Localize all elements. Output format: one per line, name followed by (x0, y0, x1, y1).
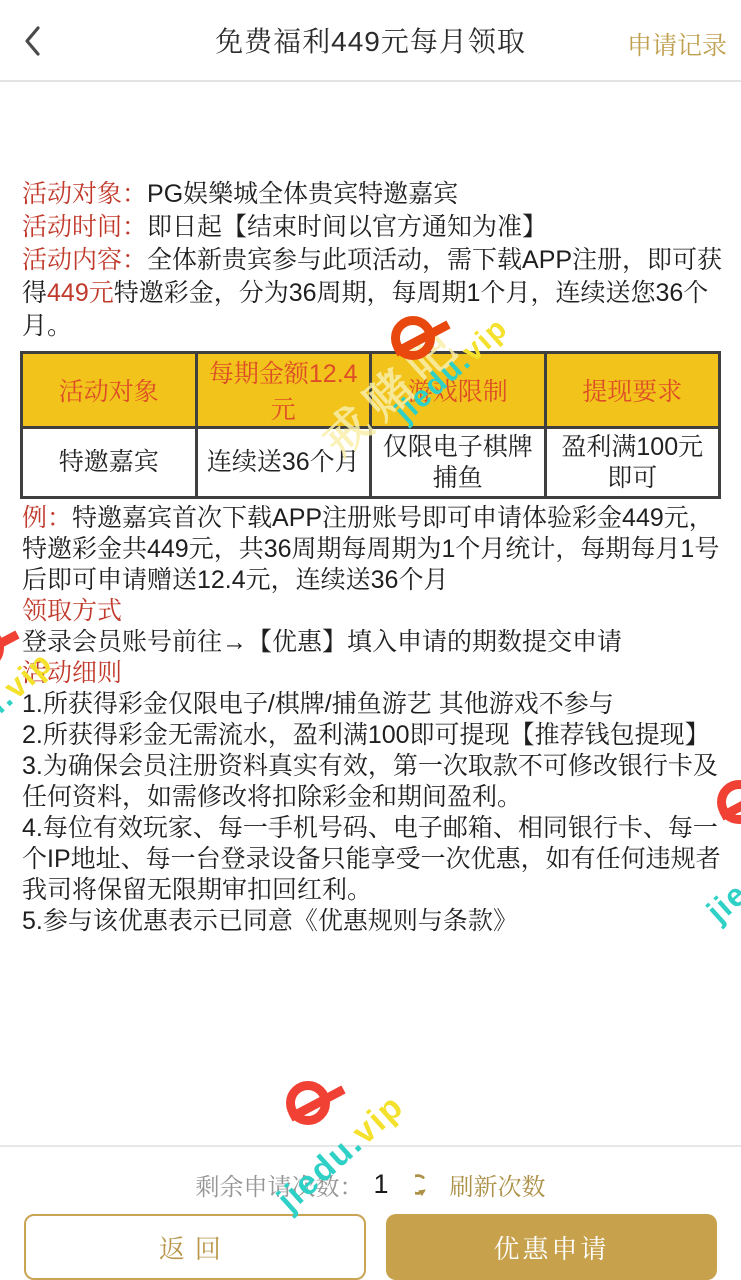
rule-item-2: 2.所获得彩金无需流水，盈利满100即可提现【推荐钱包提现】 (22, 720, 723, 751)
table-header-game-limit: 游戏限制 (371, 353, 546, 428)
activity-time-label: 活动时间： (22, 213, 147, 241)
table-cell-target: 特邀嘉宾 (22, 428, 197, 498)
table-cell-amount: 连续送36个月 (196, 428, 371, 498)
table-header-target: 活动对象 (22, 353, 197, 428)
promo-table-header-row: 活动对象 每期金额12.4元 游戏限制 提现要求 (22, 353, 720, 428)
rules-heading: 活动细则 (22, 658, 723, 689)
activity-target-text: PG娱樂城全体贵宾特邀嘉宾 (147, 180, 458, 208)
apply-promo-button[interactable]: 优惠申请 (386, 1214, 717, 1280)
prohibition-icon (286, 1081, 330, 1125)
table-header-withdraw: 提现要求 (545, 353, 720, 428)
activity-detail-label: 活动内容： (22, 246, 147, 274)
promo-screen: 免费福利449元每月领取 申请记录 活动对象：PG娱樂城全体贵宾特邀嘉宾 活动时… (0, 0, 741, 1280)
refresh-count-button[interactable]: 刷新次数 (415, 1167, 546, 1202)
activity-detail-highlight: 449元 (47, 279, 114, 307)
remaining-counter-row: 剩余申请次数： 1 刷新次数 (0, 1167, 741, 1202)
promo-content: 活动对象：PG娱樂城全体贵宾特邀嘉宾 活动时间：即日起【结束时间以官方通知为准】… (0, 82, 741, 937)
promo-table: 活动对象 每期金额12.4元 游戏限制 提现要求 特邀嘉宾 连续送36个月 仅限… (20, 351, 721, 499)
back-button[interactable] (22, 24, 48, 58)
activity-detail-text-after: 特邀彩金，分为36周期，每周期1个月，连续送您36个月。 (22, 279, 708, 340)
table-cell-withdraw: 盈利满100元即可 (545, 428, 720, 498)
remaining-count-label: 剩余申请次数： (195, 1167, 363, 1202)
activity-time-text: 即日起【结束时间以官方通知为准】 (147, 213, 547, 241)
rule-item-1: 1.所获得彩金仅限电子/棋牌/捕鱼游艺 其他游戏不参与 (22, 689, 723, 720)
example-text: 特邀嘉宾首次下载APP注册账号即可申请体验彩金449元，特邀彩金共449元，共3… (22, 504, 719, 594)
rule-item-4: 4.每位有效玩家、每一手机号码、电子邮箱、相同银行卡、每一个IP地址、每一台登录… (22, 813, 723, 906)
promo-table-body-row: 特邀嘉宾 连续送36个月 仅限电子棋牌捕鱼 盈利满100元即可 (22, 428, 720, 498)
refresh-icon (415, 1171, 442, 1198)
example-paragraph: 例：特邀嘉宾首次下载APP注册账号即可申请体验彩金449元，特邀彩金共449元，… (22, 503, 723, 596)
app-header: 免费福利449元每月领取 申请记录 (0, 0, 741, 82)
chevron-left-icon (22, 24, 42, 58)
claim-method-text: 登录会员账号前往→【优惠】填入申请的期数提交申请 (22, 627, 723, 658)
activity-detail-line: 活动内容：全体新贵宾参与此项活动，需下载APP注册，即可获得449元特邀彩金，分… (22, 244, 723, 343)
refresh-count-label: 刷新次数 (450, 1167, 546, 1202)
activity-target-label: 活动对象： (22, 180, 147, 208)
bottom-bar: 剩余申请次数： 1 刷新次数 返回 优惠申请 (0, 1145, 741, 1280)
activity-target-line: 活动对象：PG娱樂城全体贵宾特邀嘉宾 (22, 178, 723, 211)
example-label: 例： (22, 504, 72, 532)
application-records-link[interactable]: 申请记录 (627, 26, 727, 62)
table-cell-game-limit: 仅限电子棋牌捕鱼 (371, 428, 546, 498)
return-button[interactable]: 返回 (24, 1214, 366, 1280)
action-buttons-row: 返回 优惠申请 (0, 1214, 741, 1280)
claim-method-heading: 领取方式 (22, 596, 723, 627)
rule-item-3: 3.为确保会员注册资料真实有效，第一次取款不可修改银行卡及任何资料，如需修改将扣… (22, 751, 723, 813)
remaining-count-value: 1 (373, 1169, 388, 1200)
table-header-amount: 每期金额12.4元 (196, 353, 371, 428)
activity-time-line: 活动时间：即日起【结束时间以官方通知为准】 (22, 211, 723, 244)
rule-item-5: 5.参与该优惠表示已同意《优惠规则与条款》 (22, 906, 723, 937)
